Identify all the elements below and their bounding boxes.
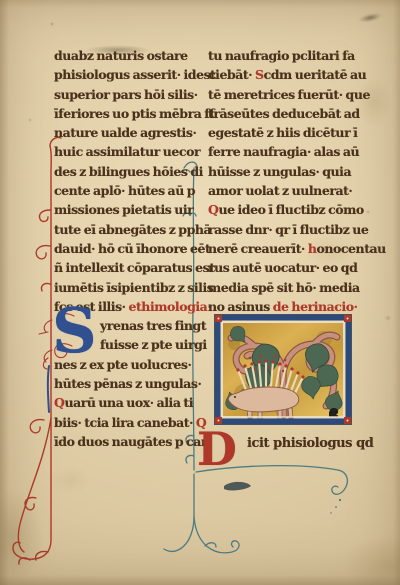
text-segment: īdo duos naugātes p can <box>54 434 210 449</box>
text-line: Que ideo ī fluctibz cōmo <box>208 200 358 219</box>
text-segment: onocentau <box>316 241 385 256</box>
text-line: ferre naufragia· alas aū <box>208 142 358 161</box>
text-line: ñ intellexit cōparatus est <box>54 258 200 277</box>
text-column-right: tu naufragio pclitari faciebāt· Scdm uer… <box>208 46 358 316</box>
text-line: cente aplō· hūtes aū p <box>54 181 200 200</box>
rubric-segment: S <box>255 67 264 82</box>
text-segment: cdm ueritatē au <box>264 67 367 82</box>
text-line: biis· tcia lira canebat· Q <box>54 413 200 432</box>
text-line: īdo duos naugātes p can <box>54 432 200 451</box>
text-segment: no asinus <box>208 299 273 314</box>
text-segment: rasse dnr· qr ī fluctibz ue <box>208 222 368 237</box>
text-segment: egestatē z hiis dicētur ī <box>208 125 357 140</box>
text-segment: hūisse z ungulas· quia <box>208 164 351 179</box>
folio-number-smudge <box>355 9 383 26</box>
text-segment: superior pars hōi silis· <box>54 87 198 102</box>
text-segment: iumētis īsipientibz z silis <box>54 280 213 295</box>
text-line: tute eī abnegātes z pphā <box>54 220 200 239</box>
text-segment: īferiores uo ptis mēbra ff <box>54 106 214 121</box>
illuminated-initial-d: D <box>197 424 237 474</box>
text-line: duabz naturis ostare <box>54 46 200 65</box>
rubric-segment: Q <box>208 202 218 217</box>
rubric-segment: Q <box>54 395 64 410</box>
text-line: missiones pietatis uir <box>54 200 200 219</box>
text-line: hūisse z ungulas· quia <box>208 162 358 181</box>
text-segment: ñ intellexit cōparatus est <box>54 260 215 275</box>
text-line: phisiologus asserit· idest <box>54 65 200 84</box>
blue-initial-descender <box>48 366 49 412</box>
text-segment: ciebāt· <box>208 67 255 82</box>
text-line: des z bilingues hōies di <box>54 162 200 181</box>
text-segment: ferre naufragia· alas aū <box>208 144 359 159</box>
text-segment: fuisse z pte uirgi <box>100 337 207 352</box>
text-segment: tu naufragio pclitari fa <box>208 48 355 63</box>
text-segment: media spē sit hō· media <box>208 280 360 295</box>
text-line: nature ualde agrestis· <box>54 123 200 142</box>
text-segment: tē meretrices fuerūt· que <box>208 87 370 102</box>
text-line: media spē sit hō· media <box>208 278 358 297</box>
text-line: tu naufragio pclitari fa <box>208 46 358 65</box>
miniature-hedgehog <box>214 314 352 425</box>
text-line: ciebāt· Scdm ueritatē au <box>208 65 358 84</box>
text-line: Quarū una uox· alia ti <box>54 393 200 412</box>
bottom-text-line: icit phisiologus qd <box>247 434 373 453</box>
text-line: nerē creauerīt· honocentau <box>208 239 358 258</box>
text-segment: biis· tcia lira canebat· <box>54 415 196 430</box>
text-segment: hūtes pēnas z ungulas· <box>54 376 201 391</box>
text-segment: icit phisiologus qd <box>247 436 373 451</box>
text-line: rasse dnr· qr ī fluctibz ue <box>208 220 358 239</box>
text-segment: missiones pietatis uir <box>54 202 193 217</box>
text-line: amor uolat z uulnerat· <box>208 181 358 200</box>
teal-flourish-dots <box>330 499 341 514</box>
text-line: trāseūtes deducebāt ad <box>208 104 358 123</box>
ink-smear <box>224 482 251 491</box>
text-segment: huic assimilatur uecor <box>54 144 200 159</box>
text-segment: ue ideo ī fluctibz cōmo <box>218 202 363 217</box>
text-segment: phisiologus asserit· idest <box>54 67 216 82</box>
text-segment: trāseūtes deducebāt ad <box>208 106 360 121</box>
text-segment: rus autē uocatur· eo qd <box>208 260 357 275</box>
text-segment: des z bilingues hōies di <box>54 164 203 179</box>
text-segment: dauid· hō cū īhonore eēt <box>54 241 210 256</box>
text-line: īferiores uo ptis mēbra ff <box>54 104 200 123</box>
rubric-segment: ethimologia· <box>128 299 211 314</box>
text-segment: nerē creauerīt· <box>208 241 308 256</box>
text-segment: tute eī abnegātes z pphā <box>54 222 211 237</box>
text-segment: amor uolat z uulnerat· <box>208 183 352 198</box>
text-segment: duabz naturis ostare <box>54 48 188 63</box>
text-line: superior pars hōi silis· <box>54 85 200 104</box>
text-segment: uarū una uox· alia ti <box>64 395 193 410</box>
text-segment: cente aplō· hūtes aū p <box>54 183 195 198</box>
rubric-segment: de herinacio· <box>273 299 358 314</box>
illuminated-initial-s: S <box>52 301 97 361</box>
text-segment: nature ualde agrestis· <box>54 125 196 140</box>
text-line: rus autē uocatur· eo qd <box>208 258 358 277</box>
manuscript-page: duabz naturis ostarephisiologus asserit·… <box>0 0 400 585</box>
text-line: hūtes pēnas z ungulas· <box>54 374 200 393</box>
text-column-left: duabz naturis ostarephisiologus asserit·… <box>54 46 200 451</box>
text-line: egestatē z hiis dicētur ī <box>208 123 358 142</box>
hedgehog-eye <box>234 396 236 398</box>
text-line: dauid· hō cū īhonore eēt <box>54 239 200 258</box>
text-segment: yrenas tres fingt <box>100 318 206 333</box>
text-line: huic assimilatur uecor <box>54 142 200 161</box>
text-line: icit phisiologus qd <box>247 434 373 453</box>
text-line: tē meretrices fuerūt· que <box>208 85 358 104</box>
